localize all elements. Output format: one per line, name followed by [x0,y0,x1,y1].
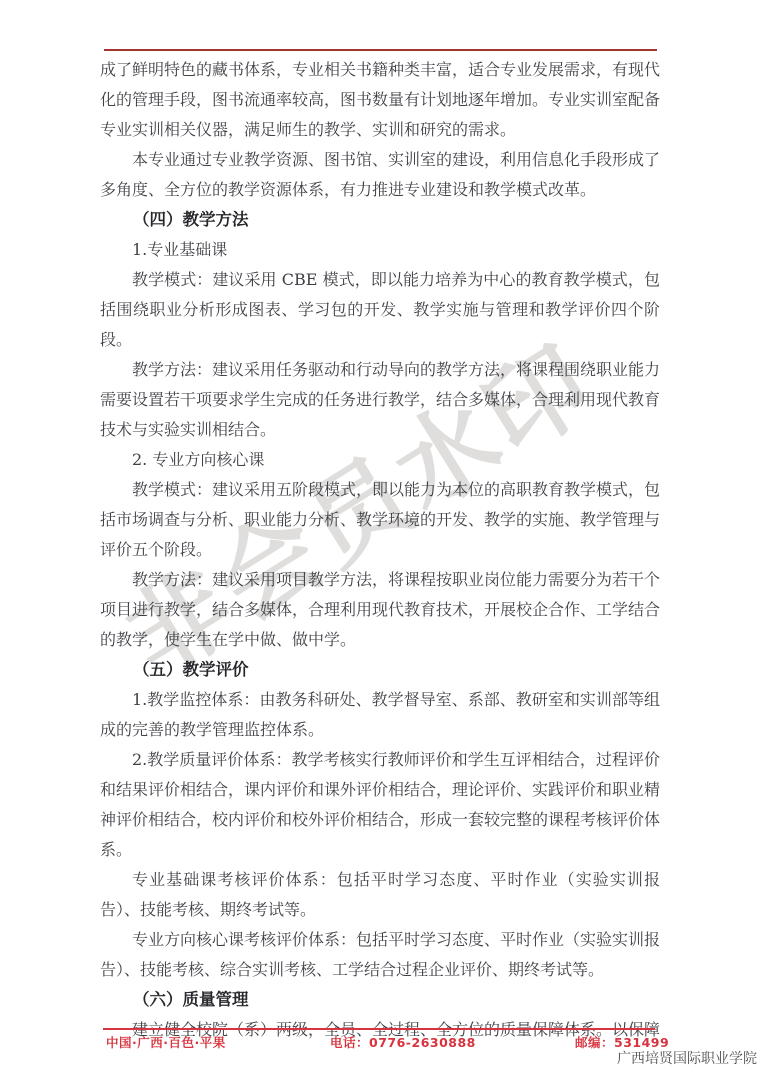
footer-location: 中国·广西·百色·平果 [106,1033,226,1051]
section-heading: （六）质量管理 [100,985,660,1015]
header-rule [104,49,657,51]
paragraph: 教学模式：建议采用五阶段模式，即以能力为本位的高职教育教学模式，包括市场调查与分… [100,475,660,565]
paragraph: 本专业通过专业教学资源、图书馆、实训室的建设，利用信息化手段形成了多角度、全方位… [100,145,660,205]
footer-rule [103,1028,655,1030]
paragraph: 专业基础课考核评价体系：包括平时学习态度、平时作业（实验实训报告）、技能考核、期… [100,865,660,925]
paragraph: 专业方向核心课考核评价体系：包括平时学习态度、平时作业（实验实训报告）、技能考核… [100,925,660,985]
paragraph: 成了鲜明特色的藏书体系，专业相关书籍种类丰富，适合专业发展需求，有现代化的管理手… [100,55,660,145]
document-body: 成了鲜明特色的藏书体系，专业相关书籍种类丰富，适合专业发展需求，有现代化的管理手… [100,55,660,1045]
section-heading: （四）教学方法 [100,205,660,235]
footer-postal-label: 邮编： [575,1035,614,1050]
footer-phone: 电话：0776-2630888 [330,1033,476,1051]
paragraph: 1.教学监控体系：由教务科研处、教学督导室、系部、教研室和实训部等组成的完善的教… [100,685,660,745]
document-page: 非会员水印 成了鲜明特色的藏书体系，专业相关书籍种类丰富，适合专业发展需求，有现… [0,0,763,1080]
footer-phone-number: 0776-2630888 [369,1035,476,1050]
paragraph: 2. 专业方向核心课 [100,445,660,475]
paragraph: 教学方法：建议采用项目教学方法，将课程按职业岗位能力需要分为若干个项目进行教学，… [100,565,660,655]
paragraph: 教学模式：建议采用 CBE 模式，即以能力培养为中心的教育教学模式，包括围绕职业… [100,265,660,355]
footer-phone-label: 电话： [330,1035,369,1050]
section-heading: （五）教学评价 [100,655,660,685]
school-name: 广西培贤国际职业学院 [617,1048,757,1068]
paragraph: 1.专业基础课 [100,235,660,265]
paragraph: 教学方法：建议采用任务驱动和行动导向的教学方法，将课程围绕职业能力需要设置若干项… [100,355,660,445]
paragraph: 2.教学质量评价体系：教学考核实行教师评价和学生互评相结合，过程评价和结果评价相… [100,745,660,865]
